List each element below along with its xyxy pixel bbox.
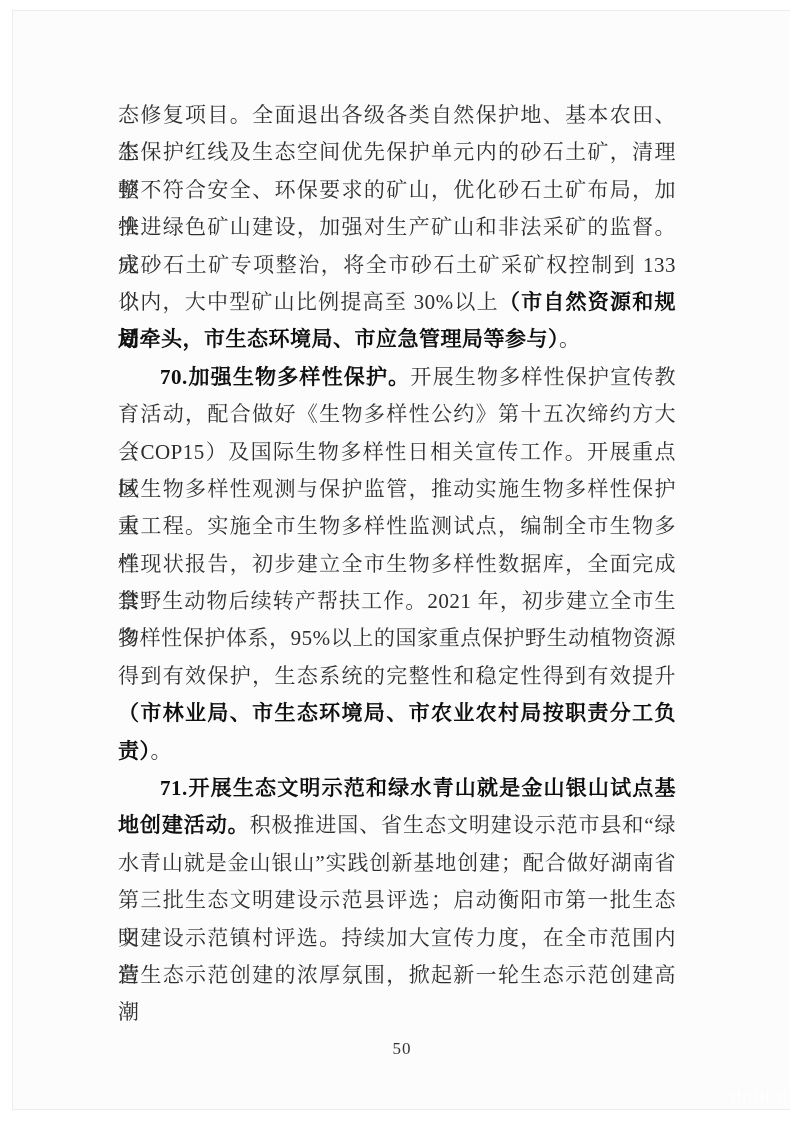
text-segment: 水青山就是金山银山”实践创新基地创建；配合做好湖南省 [118,851,676,875]
document-line: （市林业局、市生态环境局、市农业农村局按职责分工负 [118,695,676,732]
text-segment: 。 [559,327,581,351]
document-line: 第三批生态文明建设示范县评选；启动衡阳市第一批生态文 [118,882,676,919]
text-segment: 积极推进国、省生态文明建设示范市县和“绿 [250,813,676,837]
text-segment: 局牵头，市生态环境局、市应急管理局等参与） [118,327,559,351]
document-line: 地创建活动。积极推进国、省生态文明建设示范市县和“绿 [118,807,676,844]
document-line: 顿不符合安全、环保要求的矿山，优化砂石土矿布局，加快 [118,172,676,209]
document-line: 局牵头，市生态环境局、市应急管理局等参与）。 [118,321,676,358]
document-line: 域生物多样性观测与保护监管，推动实施生物多样性保护重 [118,471,676,508]
document-line: 食野生动物后续转产帮扶工作。2021 年，初步建立全市生物 [118,583,676,620]
text-segment: 71.开展生态文明示范和绿水青山就是金山银山试点基 [160,776,676,800]
document-line: 得到有效保护，生态系统的完整性和稳定性得到有效提升 [118,658,676,695]
document-line: 成砂石土矿专项整治，将全市砂石土矿采矿权控制到 133 个 [118,247,676,284]
document-line: 责）。 [118,733,676,770]
document-line: 态修复项目。全面退出各级各类自然保护地、基本农田、生 [118,97,676,134]
text-segment: 得到有效保护，生态系统的完整性和稳定性得到有效提升 [118,664,676,688]
document-line: 大工程。实施全市生物多样性监测试点，编制全市生物多样 [118,508,676,545]
document-line: 多样性保护体系，95%以上的国家重点保护野生动植物资源 [118,620,676,657]
document-line: 育活动，配合做好《生物多样性公约》第十五次缔约方大会 [118,396,676,433]
text-segment: 。 [151,739,173,763]
text-segment: 造生态示范创建的浓厚氛围，掀起新一轮生态示范创建高潮 [118,963,676,1024]
text-segment: 70.加强生物多样性保护。 [160,365,410,389]
document-line: 造生态示范创建的浓厚氛围，掀起新一轮生态示范创建高潮 [118,957,676,994]
document-line: 性现状报告，初步建立全市生物多样性数据库，全面完成禁 [118,546,676,583]
document-line: （COP15）及国际生物多样性日相关宣传工作。开展重点区 [118,434,676,471]
document-line: 71.开展生态文明示范和绿水青山就是金山银山试点基 [118,770,676,807]
text-segment: 地创建活动。 [118,813,250,837]
text-segment: 多样性保护体系，95%以上的国家重点保护野生动植物资源 [118,626,676,650]
text-segment: 以内，大中型矿山比例提高至 30%以上 [118,290,499,314]
document-line: 水青山就是金山银山”实践创新基地创建；配合做好湖南省 [118,845,676,882]
document-line: 态保护红线及生态空间优先保护单元内的砂石土矿，清理整 [118,134,676,171]
document-line: 以内，大中型矿山比例提高至 30%以上（市自然资源和规划 [118,284,676,321]
page-number: 50 [13,1039,790,1059]
text-segment: （市林业局、市生态环境局、市农业农村局按职责分工负 [118,701,676,725]
document-body: 态修复项目。全面退出各级各类自然保护地、基本农田、生态保护红线及生态空间优先保护… [118,97,676,994]
watermark: dniii.co [731,1087,790,1107]
document-page: 态修复项目。全面退出各级各类自然保护地、基本农田、生态保护红线及生态空间优先保护… [12,10,790,1110]
document-line: 明建设示范镇村评选。持续加大宣传力度，在全市范围内营 [118,920,676,957]
text-segment: 开展生物多样性保护宣传教 [410,365,676,389]
document-line: 70.加强生物多样性保护。开展生物多样性保护宣传教 [118,359,676,396]
document-line: 推进绿色矿山建设，加强对生产矿山和非法采矿的监督。完 [118,209,676,246]
text-segment: 责） [118,739,151,763]
